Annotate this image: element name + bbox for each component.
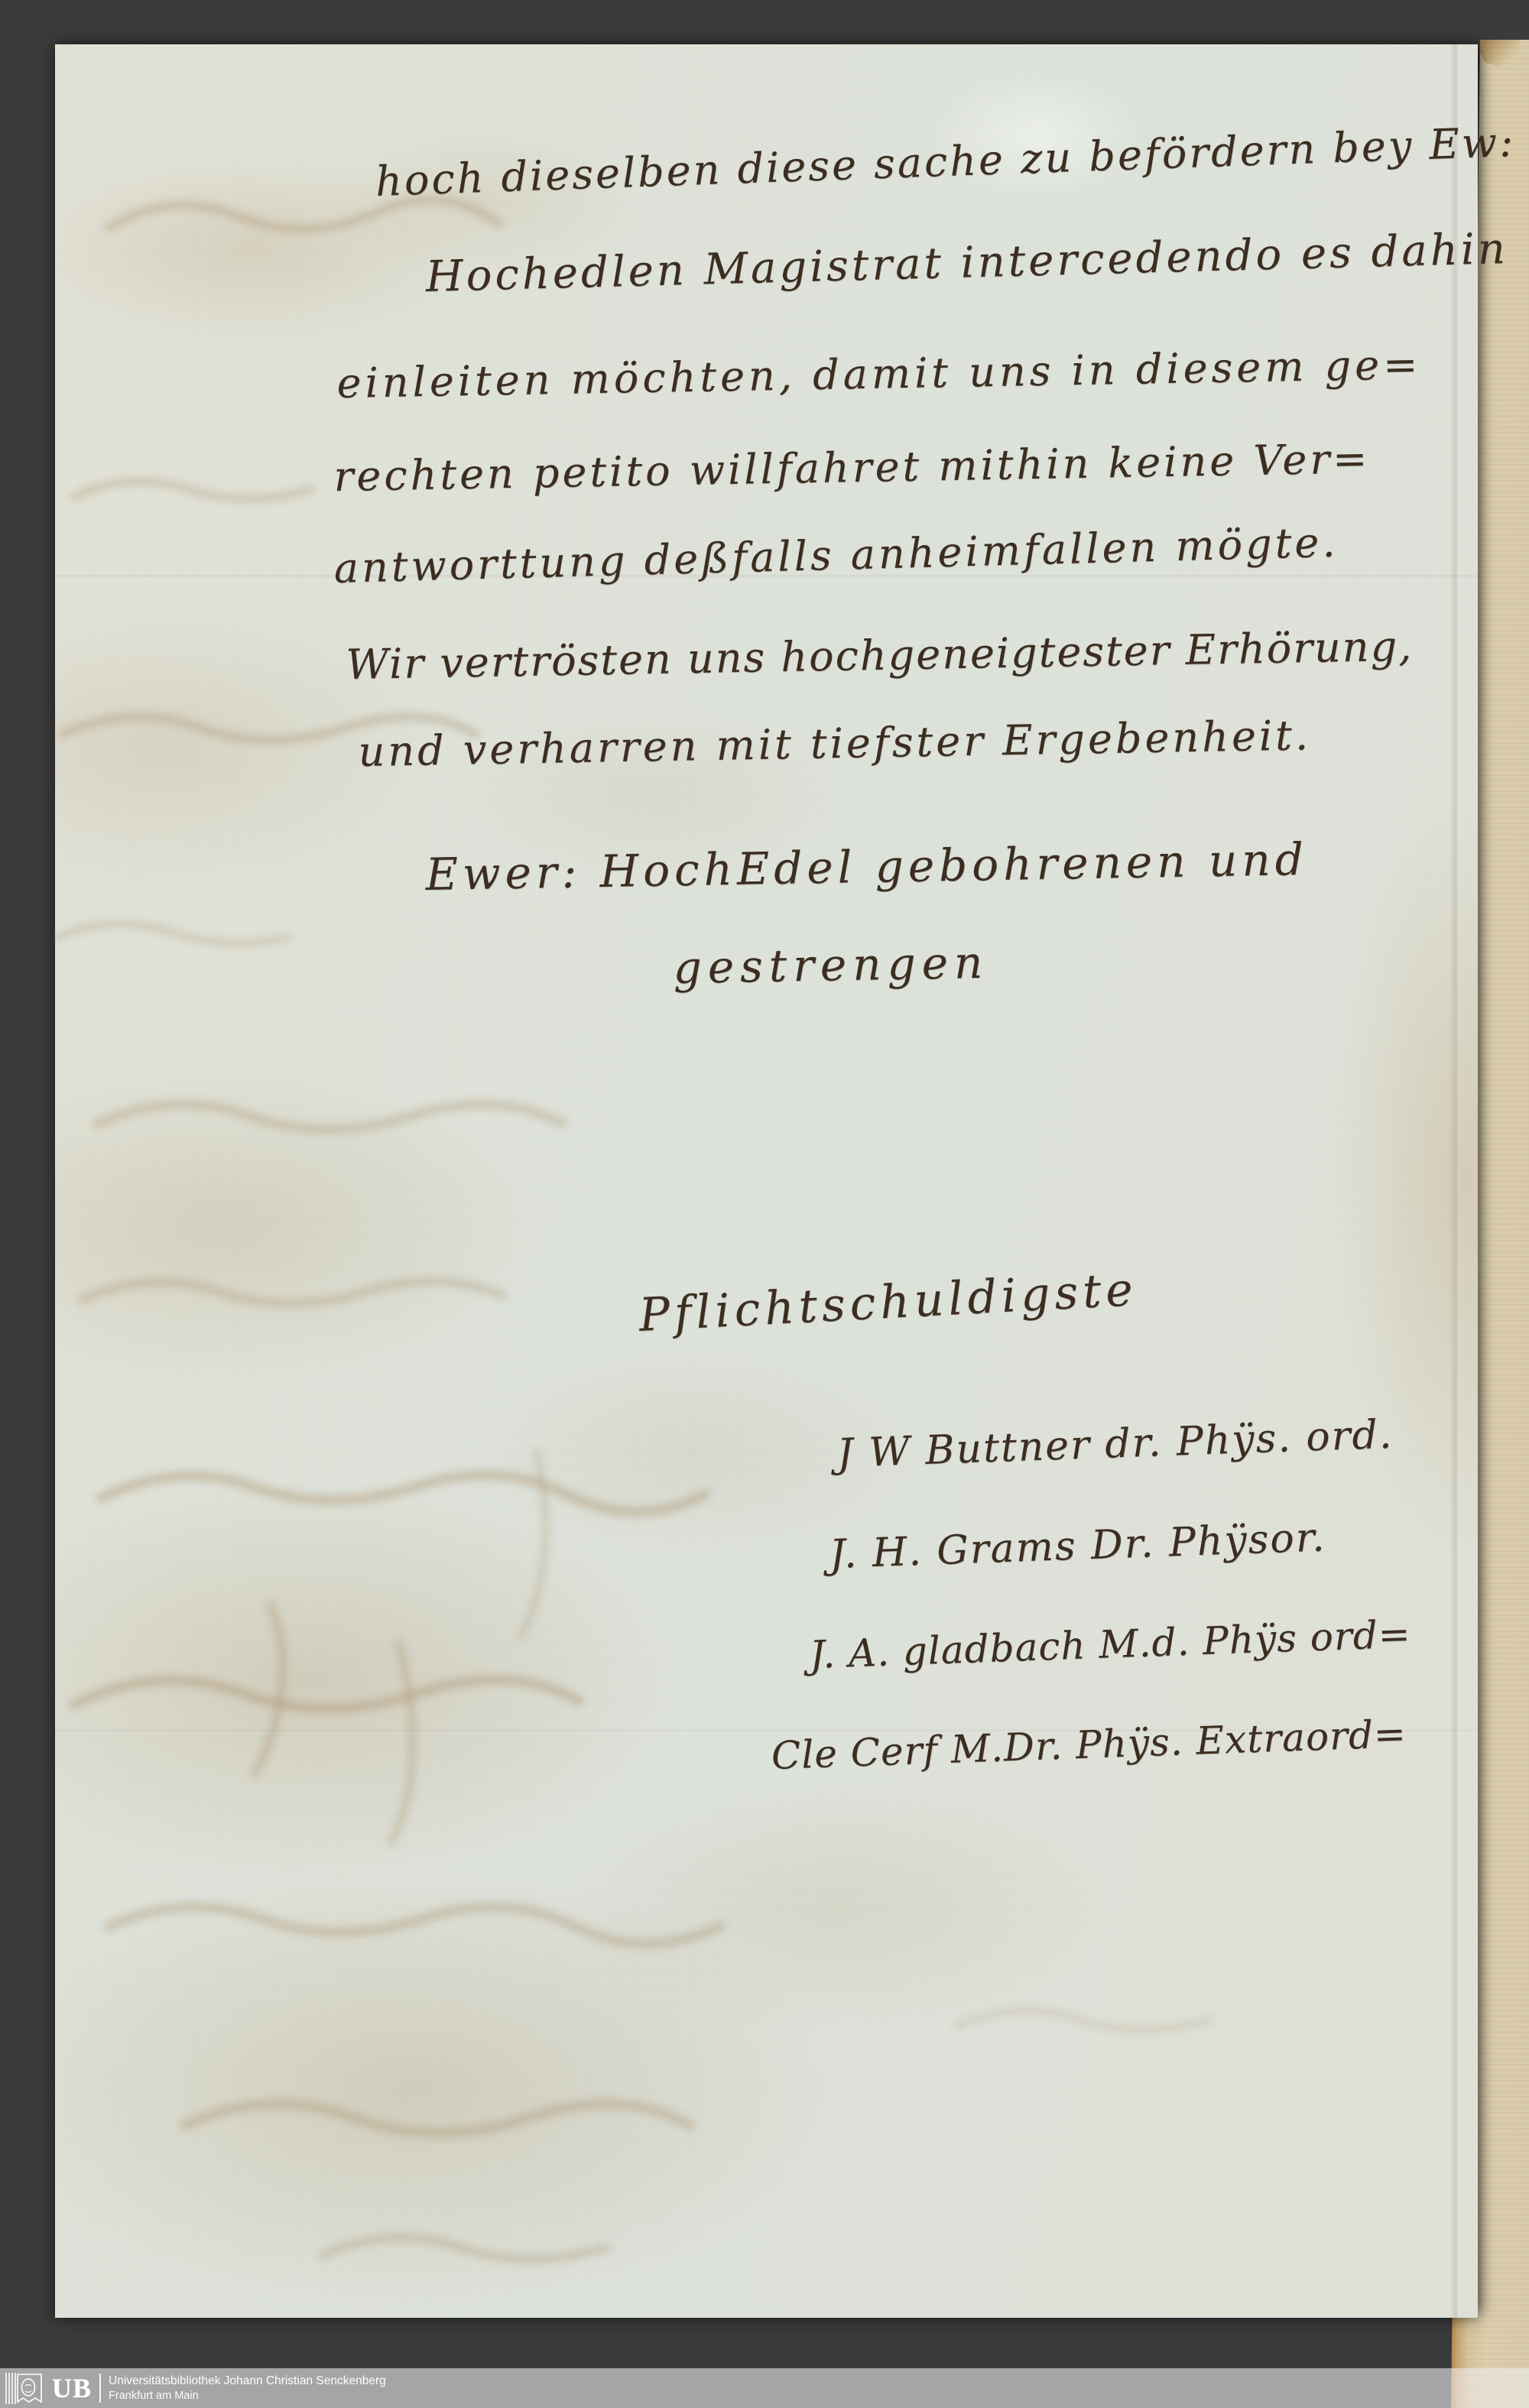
library-watermark-bar: UB Universitätsbibliothek Johann Christi… — [0, 2368, 1529, 2408]
watermark-city: Frankfurt am Main — [109, 2389, 386, 2403]
closing-line: gestrengen — [673, 936, 989, 994]
scan-background: hoch dieselben diese sache zu befördern … — [0, 0, 1529, 2408]
watermark-separator — [99, 2374, 101, 2403]
manuscript-page: hoch dieselben diese sache zu befördern … — [55, 44, 1478, 2318]
ub-logo-icon — [5, 2371, 44, 2406]
ub-logo-text: UB — [52, 2374, 92, 2402]
watermark-institution: Universitätsbibliothek Johann Christian … — [109, 2374, 386, 2388]
